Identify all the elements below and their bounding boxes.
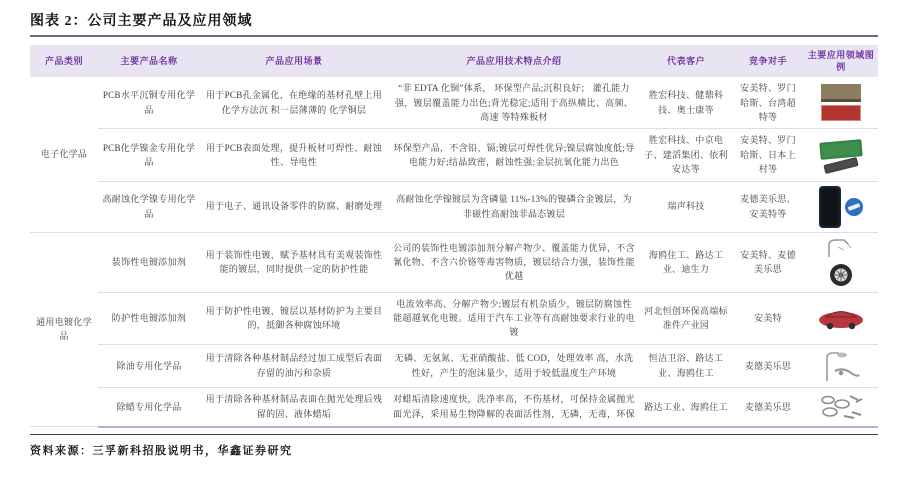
table-header-row: 产品类别 主要产品名称 产品应用场景 产品应用技术特点介绍 代表客户 竞争对手 … bbox=[30, 45, 878, 77]
product-competitors: 安美特、麦德美乐思 bbox=[732, 232, 804, 292]
product-competitors: 安美特 bbox=[732, 292, 804, 344]
header-tech-features: 产品应用技术特点介绍 bbox=[388, 45, 640, 77]
copper-pcb-image bbox=[821, 84, 861, 102]
alloy-wheel-image bbox=[828, 262, 854, 288]
product-competitors: 麦德美乐思 bbox=[732, 387, 804, 427]
table-row: 高耐蚀化学镍专用化学品 用于电子、通讯设备零件的防腐、耐磨处理 高耐蚀化学镍镀层… bbox=[30, 181, 878, 232]
red-pcb-image bbox=[821, 105, 861, 121]
product-scene: 用于电子、通讯设备零件的防腐、耐磨处理 bbox=[200, 181, 388, 232]
table-row: 防护性电镀添加剂 用于防护性电镀，镀层以基材防护为主要目的，抵御各种腐蚀环境 电… bbox=[30, 292, 878, 344]
metal-parts-sketch-image bbox=[818, 392, 864, 422]
shower-sketch-image bbox=[821, 349, 861, 383]
header-product-category: 产品类别 bbox=[30, 45, 98, 77]
category-electronic-chemicals: 电子化学品 bbox=[30, 77, 98, 232]
product-legend-cell bbox=[804, 292, 878, 344]
product-customers: 胜宏科技、健鼎科技、奥士康等 bbox=[640, 77, 732, 129]
product-customers: 胜宏科技、中京电子、建滔集团、依利安达等 bbox=[640, 129, 732, 181]
product-scene: 用于装饰性电镀，赋予基材具有美观装饰性能的镀层，同时提供一定的防护性能 bbox=[200, 232, 388, 292]
product-scene: 用于防护性电镀，镀层以基材防护为主要目的，抵御各种腐蚀环境 bbox=[200, 292, 388, 344]
product-tech: 环保型产品，不含铅、镉;镀层可焊性优异;镍层腐蚀度低;导电能力好;结晶致密，耐蚀… bbox=[388, 129, 640, 181]
product-competitors: 麦德美乐思、安美特等 bbox=[732, 181, 804, 232]
figure-title: 图表 2：公司主要产品及应用领域 bbox=[30, 10, 878, 30]
product-competitors: 安美特、罗门哈斯、日本上村等 bbox=[732, 129, 804, 181]
product-legend-cell bbox=[804, 232, 878, 292]
green-pcb-image bbox=[819, 139, 862, 160]
red-car-image bbox=[816, 305, 866, 331]
blue-emblem-image bbox=[844, 197, 864, 217]
product-customers: 路达工业、海鸥住工 bbox=[640, 387, 732, 427]
title-divider bbox=[30, 35, 878, 37]
header-application-scene: 产品应用场景 bbox=[200, 45, 388, 77]
product-tech: 公司的装饰性电镀添加剂分解产物少、覆盖能力优异，不含氰化物、不含六价铬等毒害物质… bbox=[388, 232, 640, 292]
product-name: 除油专用化学品 bbox=[98, 344, 200, 387]
product-customers: 瑞声科技 bbox=[640, 181, 732, 232]
product-scene: 用于清除各种基材制品经过加工成型后表面存留的油污和杂质 bbox=[200, 344, 388, 387]
product-customers: 海鸥住工、路达工业、迪生力 bbox=[640, 232, 732, 292]
source-divider bbox=[30, 434, 878, 435]
header-product-name: 主要产品名称 bbox=[98, 45, 200, 77]
product-customers: 恒洁卫浴、路达工业、海鸥住工 bbox=[640, 344, 732, 387]
products-table: 产品类别 主要产品名称 产品应用场景 产品应用技术特点介绍 代表客户 竞争对手 … bbox=[30, 45, 878, 428]
product-scene: 用于PCB表面处理，提升板材可焊性、耐蚀性、导电性 bbox=[200, 129, 388, 181]
product-name: 防护性电镀添加剂 bbox=[98, 292, 200, 344]
product-legend-cell bbox=[804, 387, 878, 427]
product-name: PCB水平沉铜专用化学品 bbox=[98, 77, 200, 129]
table-row: PCB化学镍金专用化学品 用于PCB表面处理，提升板材可焊性、耐蚀性、导电性 环… bbox=[30, 129, 878, 181]
product-tech: 高耐蚀化学镍镀层为含磷量 11%-13%的镍磷合金镀层，为非磁性高耐蚀非晶态镀层 bbox=[388, 181, 640, 232]
smartphone-image bbox=[819, 186, 841, 228]
product-name: 装饰性电镀添加剂 bbox=[98, 232, 200, 292]
product-legend-cell bbox=[804, 181, 878, 232]
source-note: 资料来源：三孚新科招股说明书，华鑫证券研究 bbox=[30, 442, 878, 458]
table-row: 通用电镀化学品 装饰性电镀添加剂 用于装饰性电镀，赋予基材具有美观装饰性能的镀层… bbox=[30, 232, 878, 292]
table-row: 除油专用化学品 用于清除各种基材制品经过加工成型后表面存留的油污和杂质 无磷、无… bbox=[30, 344, 878, 387]
table-row: 电子化学品 PCB水平沉铜专用化学品 用于PCB孔金属化，在绝缘的基材孔壁上用化… bbox=[30, 77, 878, 129]
product-tech: 无磷、无氨氮、无亚硝酸盐、低 COD，处理效率 高，水洗性好，产生的泡沫量少，适… bbox=[388, 344, 640, 387]
product-tech: 电流效率高、分解产物少;镀层有机杂质少，镀层防腐蚀性能超越氧化电镀。适用于汽车工… bbox=[388, 292, 640, 344]
product-legend-cell bbox=[804, 344, 878, 387]
header-key-customers: 代表客户 bbox=[640, 45, 732, 77]
table-row: 除蜡专用化学品 用于清除各种基材制品表面在抛光处理后残留的固、液体蜡垢 对蜡垢清… bbox=[30, 387, 878, 427]
category-general-plating-chemicals: 通用电镀化学品 bbox=[30, 232, 98, 427]
product-name: PCB化学镍金专用化学品 bbox=[98, 129, 200, 181]
product-competitors: 麦德美乐思 bbox=[732, 344, 804, 387]
product-tech: “非 EDTA 化铜”体系， 环保型产品;沉积良好； 灌孔能力强，镀层覆盖能力出… bbox=[388, 77, 640, 129]
product-customers: 河北恒创环保高端标准件产业园 bbox=[640, 292, 732, 344]
header-competitors: 竞争对手 bbox=[732, 45, 804, 77]
product-name: 高耐蚀化学镍专用化学品 bbox=[98, 181, 200, 232]
product-legend-cell bbox=[804, 129, 878, 181]
product-tech: 对蜡垢清除速度快，洗净率高，不伤基材，可保持金属抛光面光泽，采用易生物降解的表面… bbox=[388, 387, 640, 427]
header-application-legend: 主要应用领域图例 bbox=[804, 45, 878, 77]
report-figure: 图表 2：公司主要产品及应用领域 产品类别 主要产品名称 产品应用场景 产品应用… bbox=[0, 0, 901, 458]
product-scene: 用于清除各种基材制品表面在抛光处理后残留的固、液体蜡垢 bbox=[200, 387, 388, 427]
product-name: 除蜡专用化学品 bbox=[98, 387, 200, 427]
product-legend-cell bbox=[804, 77, 878, 129]
faucet-sketch-image bbox=[824, 237, 858, 259]
product-competitors: 安美特、罗门哈斯、台湾超特等 bbox=[732, 77, 804, 129]
product-scene: 用于PCB孔金属化，在绝缘的基材孔壁上用化学方法沉 积一层薄薄的 化学铜层 bbox=[200, 77, 388, 129]
